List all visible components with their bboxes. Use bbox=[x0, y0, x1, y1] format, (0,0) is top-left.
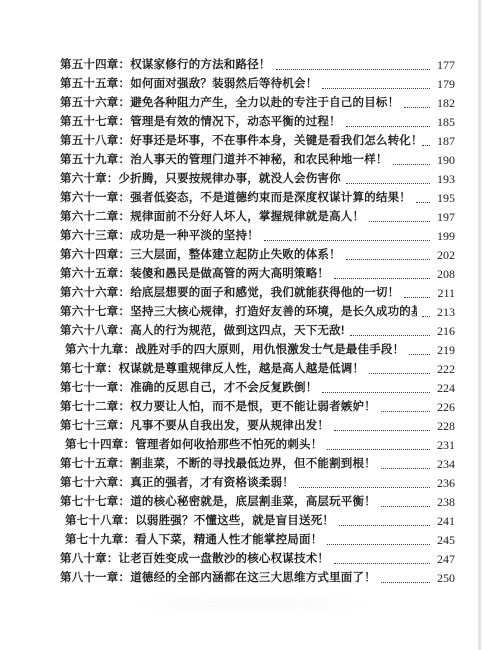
toc-entry-text: 第七十七章：道的核心秘密就是，底层割韭菜，高层玩平衡！ bbox=[60, 494, 376, 510]
dot-leader bbox=[393, 164, 430, 165]
toc-entry: 第七十四章：管理者如何收拾那些不怕死的刺头！ 231 bbox=[60, 434, 455, 453]
toc-entry: 第五十六章：避免各种阻力产生，全力以赴的专注于自己的目标！ 182 bbox=[60, 92, 455, 111]
dot-leader bbox=[339, 525, 430, 526]
toc-entry: 第六十三章：成功是一种平淡的坚持！ 199 bbox=[60, 225, 455, 244]
toc-entry-page: 224 bbox=[433, 380, 455, 396]
toc-entry-text: 第六十四章：三大层面，整体建立起防止失败的体系！ bbox=[60, 247, 341, 263]
toc-entry: 第六十八章：高人的行为规范，做到这四点，天下无敌! 216 bbox=[60, 320, 455, 339]
toc-entry: 第七十五章：割韭菜，不断的寻找最低边界，但不能割到根！ 234 bbox=[60, 453, 455, 472]
toc-entry-page: 211 bbox=[433, 285, 455, 301]
toc-entry-text: 第六十章：少折腾，只要按规律办事，就没人会伤害你 bbox=[60, 171, 341, 187]
dot-leader bbox=[404, 297, 430, 298]
toc-entry-text: 第七十二章：权力要让人怕，而不是恨，更不能让弱者嫉妒！ bbox=[60, 399, 376, 415]
toc-entry-text: 第六十九章：战胜对手的四大原则，用仇恨激发士气是最佳手段！ bbox=[65, 342, 404, 358]
toc-entry-text: 第七十四章：管理者如何收拾那些不怕死的刺头！ bbox=[65, 437, 322, 453]
dot-leader bbox=[350, 335, 430, 336]
toc-entry-page: 216 bbox=[433, 323, 455, 339]
toc-entry-text: 第七十八章：以弱胜强？不懂这些，就是盲目送死！ bbox=[65, 513, 334, 529]
toc-entry: 第六十七章：坚持三大核心规律，打造好友善的环境，是长久成功的基础！ 213 bbox=[60, 301, 455, 320]
toc-entry-page: 202 bbox=[433, 247, 455, 263]
toc-entry: 第五十五章：如何面对强敌？装弱然后等待机会！ 179 bbox=[60, 73, 455, 92]
toc-entry: 第六十一章：强者低姿态，不是道德约束而是深度权谋计算的结果！ 195 bbox=[60, 187, 455, 206]
toc-entry: 第五十九章：治人事天的管理门道并不神秘，和农民种地一样！ 190 bbox=[60, 149, 455, 168]
toc-entry-text: 第六十三章：成功是一种平淡的坚持！ bbox=[60, 228, 259, 244]
dot-leader bbox=[381, 411, 430, 412]
toc-entry-text: 第七十三章：凡事不要从自我出发，要从规律出发！ bbox=[60, 418, 329, 434]
toc-entry-text: 第七十九章：看人下菜，精通人性才能掌控局面！ bbox=[65, 532, 322, 548]
toc-entry: 第八十一章：道德经的全部内涵都在这三大思维方式里面了！ 250 bbox=[60, 567, 455, 586]
dot-leader bbox=[276, 69, 430, 70]
toc-entry: 第七十一章：准确的反思自己，才不会反复跌倒！ 224 bbox=[60, 377, 455, 396]
dot-leader bbox=[327, 449, 430, 450]
toc-entry: 第五十七章：管理是有效的情况下，动态平衡的过程！ 185 bbox=[60, 111, 455, 130]
toc-entry: 第七十六章：真正的强者，才有资格谈柔弱！ 236 bbox=[60, 472, 455, 491]
toc-entry-text: 第五十六章：避免各种阻力产生，全力以赴的专注于自己的目标！ bbox=[60, 95, 399, 111]
dot-leader bbox=[369, 373, 430, 374]
toc-entry: 第七十章：权谋就是尊重规律反人性，越是高人越是低调！ 222 bbox=[60, 358, 455, 377]
scan-page: 第五十四章：权谋家修行的方法和路径！ 177 第五十五章：如何面对强敌？装弱然后… bbox=[0, 0, 484, 650]
dot-leader bbox=[334, 430, 430, 431]
toc-entry: 第六十二章：规律面前不分好人坏人，掌握规律就是高人！ 197 bbox=[60, 206, 455, 225]
toc-entry-page: 182 bbox=[433, 95, 455, 111]
toc-entry: 第七十三章：凡事不要从自我出发，要从规律出发！ 228 bbox=[60, 415, 455, 434]
toc-entry-text: 第五十七章：管理是有效的情况下，动态平衡的过程！ bbox=[60, 114, 341, 130]
toc-entry-page: 195 bbox=[433, 190, 455, 206]
toc-entry: 第七十八章：以弱胜强？不懂这些，就是盲目送死！ 241 bbox=[60, 510, 455, 529]
toc-entry-page: 187 bbox=[433, 133, 455, 149]
toc-entry-page: 222 bbox=[433, 361, 455, 377]
dot-leader bbox=[327, 544, 430, 545]
toc-entry-page: 231 bbox=[433, 437, 455, 453]
toc-entry-text: 第五十四章：权谋家修行的方法和路径！ bbox=[60, 57, 271, 73]
toc-entry-text: 第六十八章：高人的行为规范，做到这四点，天下无敌! bbox=[60, 323, 345, 339]
toc-entry: 第六十章：少折腾，只要按规律办事，就没人会伤害你 193 bbox=[60, 168, 455, 187]
dot-leader bbox=[322, 392, 430, 393]
dot-leader bbox=[381, 468, 430, 469]
toc-entry: 第八十章：让老百姓变成一盘散沙的核心权谋技术！ 247 bbox=[60, 548, 455, 567]
toc-entry-page: 238 bbox=[433, 494, 455, 510]
dot-leader bbox=[369, 221, 430, 222]
toc-entry-page: 236 bbox=[433, 475, 455, 491]
dot-leader bbox=[422, 316, 430, 317]
dot-leader bbox=[334, 278, 430, 279]
toc-entry-text: 第六十二章：规律面前不分好人坏人，掌握规律就是高人！ bbox=[60, 209, 364, 225]
toc-entry-text: 第六十一章：强者低姿态，不是道德约束而是深度权谋计算的结果！ bbox=[60, 190, 411, 206]
dot-leader bbox=[416, 202, 430, 203]
toc-entry-text: 第五十九章：治人事天的管理门道并不神秘，和农民种地一样！ bbox=[60, 152, 388, 168]
dot-leader bbox=[404, 107, 430, 108]
toc-entry: 第五十八章：好事还是坏事，不在事件本身，关键是看我们怎么转化！ 187 bbox=[60, 130, 455, 149]
toc-entry-page: 199 bbox=[433, 228, 455, 244]
dot-leader bbox=[346, 126, 430, 127]
toc-entry-page: 213 bbox=[433, 304, 455, 320]
toc-entry-text: 第五十五章：如何面对强敌？装弱然后等待机会！ bbox=[60, 76, 317, 92]
dot-leader bbox=[381, 506, 430, 507]
toc-entry-page: 234 bbox=[433, 456, 455, 472]
toc-entry: 第七十二章：权力要让人怕，而不是恨，更不能让弱者嫉妒！ 226 bbox=[60, 396, 455, 415]
toc-entry: 第六十四章：三大层面，整体建立起防止失败的体系！ 202 bbox=[60, 244, 455, 263]
toc-entry-text: 第七十一章：准确的反思自己，才不会反复跌倒！ bbox=[60, 380, 317, 396]
scan-noise bbox=[120, 596, 380, 612]
toc-entry-text: 第七十章：权谋就是尊重规律反人性，越是高人越是低调！ bbox=[60, 361, 364, 377]
toc-entry-page: 193 bbox=[433, 171, 455, 187]
toc-entry-page: 190 bbox=[433, 152, 455, 168]
dot-leader bbox=[409, 354, 430, 355]
toc-entry-text: 第六十六章：给底层想要的面子和感觉，我们就能获得他的一切！ bbox=[60, 285, 399, 301]
toc-entry-page: 185 bbox=[433, 114, 455, 130]
toc-entry-text: 第六十五章：装傻和愚民是做高管的两大高明策略！ bbox=[60, 266, 329, 282]
toc-entry-text: 第七十五章：割韭菜，不断的寻找最低边界，但不能割到根！ bbox=[60, 456, 376, 472]
dot-leader bbox=[322, 88, 430, 89]
toc-entry: 第七十七章：道的核心秘密就是，底层割韭菜，高层玩平衡！ 238 bbox=[60, 491, 455, 510]
toc-entry-page: 245 bbox=[433, 532, 455, 548]
toc-entry: 第五十四章：权谋家修行的方法和路径！ 177 bbox=[60, 54, 455, 73]
toc-entry: 第七十九章：看人下菜，精通人性才能掌控局面！ 245 bbox=[60, 529, 455, 548]
dot-leader bbox=[334, 563, 430, 564]
toc-entry-page: 197 bbox=[433, 209, 455, 225]
toc-entry-page: 247 bbox=[433, 551, 455, 567]
toc-entry-page: 241 bbox=[433, 513, 455, 529]
dot-leader bbox=[299, 487, 430, 488]
toc-entry-page: 226 bbox=[433, 399, 455, 415]
toc-entry-page: 208 bbox=[433, 266, 455, 282]
toc-entry-text: 第五十八章：好事还是坏事，不在事件本身，关键是看我们怎么转化！ bbox=[60, 133, 417, 149]
dot-leader bbox=[381, 582, 430, 583]
dot-leader bbox=[264, 240, 430, 241]
toc-list: 第五十四章：权谋家修行的方法和路径！ 177 第五十五章：如何面对强敌？装弱然后… bbox=[60, 54, 455, 586]
dot-leader bbox=[346, 183, 430, 184]
toc-entry-page: 228 bbox=[433, 418, 455, 434]
toc-entry-text: 第八十章：让老百姓变成一盘散沙的核心权谋技术！ bbox=[60, 551, 329, 567]
toc-entry-text: 第八十一章：道德经的全部内涵都在这三大思维方式里面了！ bbox=[60, 570, 376, 586]
dot-leader bbox=[346, 259, 430, 260]
toc-entry: 第六十六章：给底层想要的面子和感觉，我们就能获得他的一切！ 211 bbox=[60, 282, 455, 301]
toc-entry: 第六十九章：战胜对手的四大原则，用仇恨激发士气是最佳手段！ 219 bbox=[60, 339, 455, 358]
toc-entry: 第六十五章：装傻和愚民是做高管的两大高明策略！ 208 bbox=[60, 263, 455, 282]
scan-edge-shadow bbox=[477, 0, 482, 650]
toc-entry-text: 第七十六章：真正的强者，才有资格谈柔弱！ bbox=[60, 475, 294, 491]
toc-entry-page: 179 bbox=[433, 76, 455, 92]
toc-entry-page: 177 bbox=[433, 57, 455, 73]
toc-entry-text: 第六十七章：坚持三大核心规律，打造好友善的环境，是长久成功的基础！ bbox=[60, 304, 417, 320]
dot-leader bbox=[422, 145, 430, 146]
toc-entry-page: 219 bbox=[433, 342, 455, 358]
toc-entry-page: 250 bbox=[433, 570, 455, 586]
